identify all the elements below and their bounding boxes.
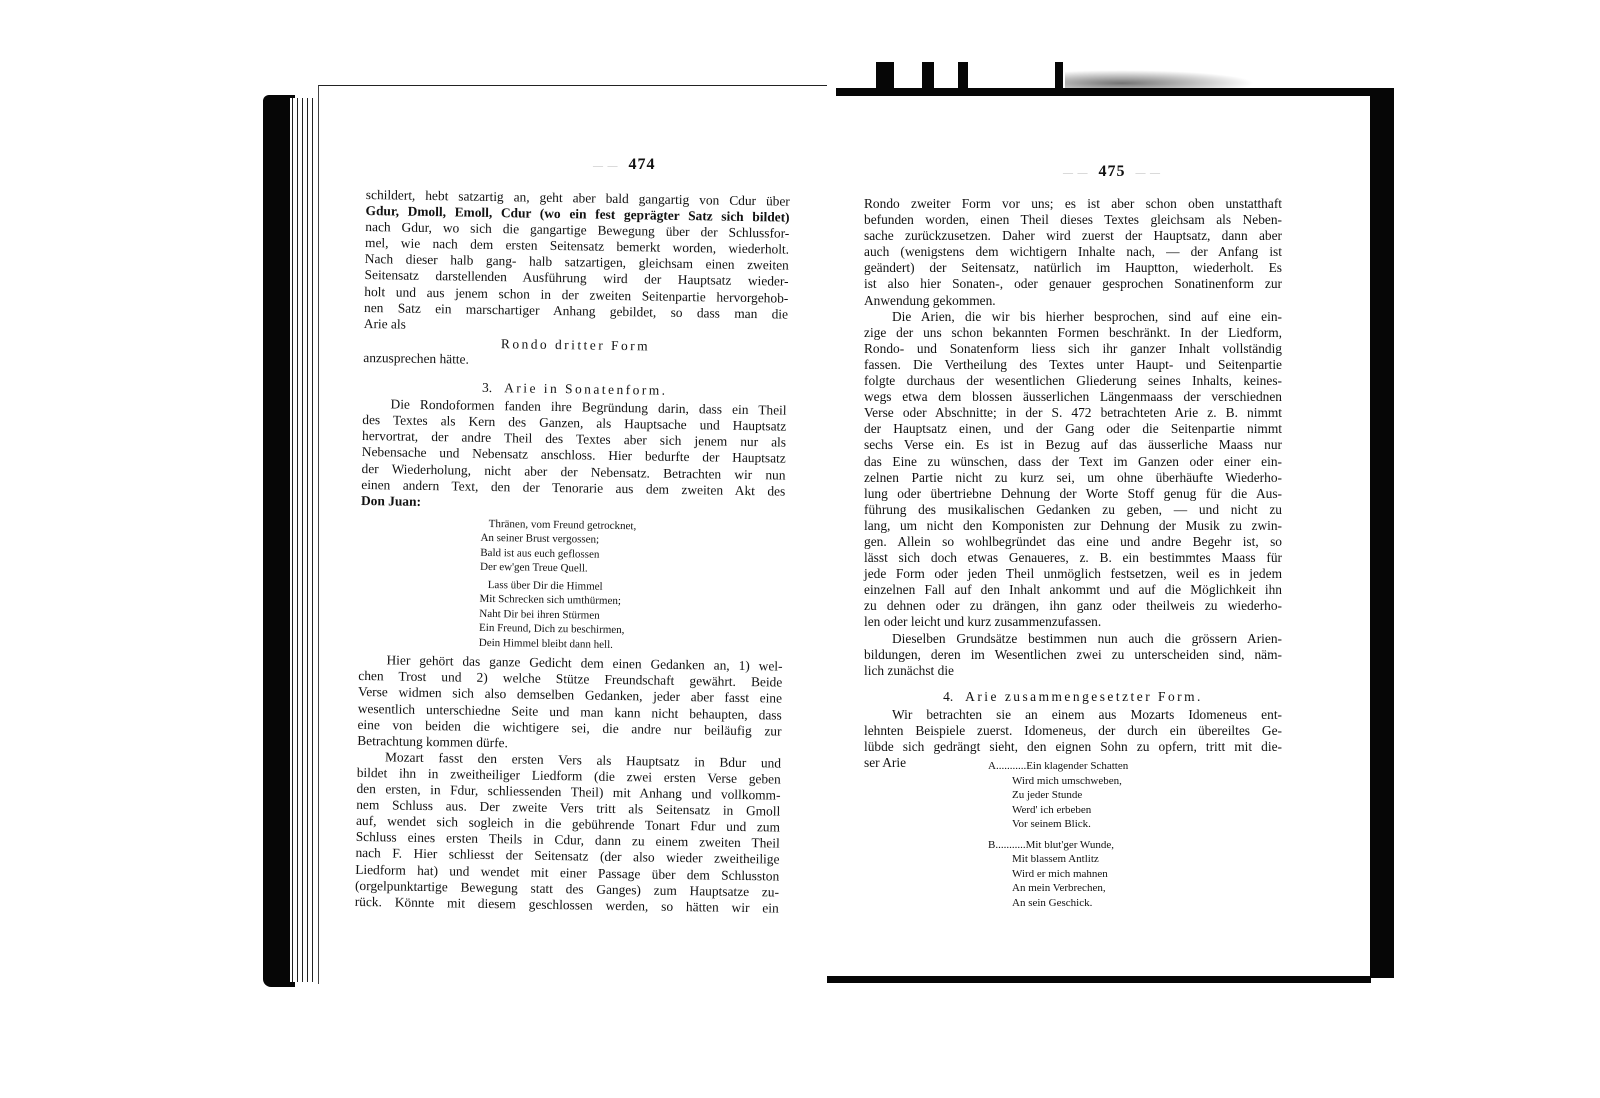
text-line: der Hauptsatz einen, und der Gang oder d… bbox=[864, 421, 1282, 437]
text-line: lehnten Beispiele zuerst. Idomeneus, der… bbox=[864, 723, 1282, 739]
verse-line: Mit blassem Antlitz bbox=[988, 852, 1282, 867]
text-line: Die Arien, die wir bis hierher besproche… bbox=[864, 309, 1282, 325]
verse-quote-a: A...........Ein klagender Schatten Wird … bbox=[988, 759, 1282, 832]
verse-line: Vor seinem Blick. bbox=[988, 817, 1282, 832]
bookmark-tab bbox=[958, 62, 968, 92]
paragraph: Die Arien, die wir bis hierher besproche… bbox=[864, 309, 1282, 631]
verse-line: An mein Verbrechen, bbox=[988, 881, 1282, 896]
section-heading: 4.Arie zusammengesetzter Form. bbox=[864, 689, 1282, 705]
text-line: wegs etwa dem blossen äusserlichen Länge… bbox=[864, 389, 1282, 405]
verse-line: Werd' ich erbeben bbox=[988, 803, 1282, 818]
text-line: lang, um nicht den Komponisten zur Dehnu… bbox=[864, 518, 1282, 534]
paragraph: Hier gehört das ganze Gedicht dem einen … bbox=[357, 652, 782, 755]
scan-smudge bbox=[1065, 70, 1255, 92]
paragraph: Dieselben Grundsätze bestimmen nun auch … bbox=[864, 631, 1282, 679]
verse-line: Wird er mich mahnen bbox=[988, 867, 1282, 882]
text-line: Rondo zweiter Form vor uns; es ist aber … bbox=[864, 196, 1282, 212]
text-line: zelnen Partie nicht zu kurz sei, um ohne… bbox=[864, 470, 1282, 486]
verse-quote-b: B...........Mit blut'ger Wunde, Mit blas… bbox=[988, 838, 1282, 911]
text-line: lässt sich doch etwas Genaueres, z. B. e… bbox=[864, 550, 1282, 566]
text-line: geändert) der Seitensatz, natürlich im H… bbox=[864, 260, 1282, 276]
paragraph: Mozart fasst den ersten Vers als Hauptsa… bbox=[355, 749, 781, 917]
text-line: Wir betrachten sie an einem aus Mozarts … bbox=[864, 707, 1282, 723]
bookmark-tab bbox=[922, 62, 934, 92]
verse-line: Zu jeder Stunde bbox=[988, 788, 1282, 803]
text-line: bildungen, deren im Wesentlichen zwei zu… bbox=[864, 647, 1282, 663]
right-page-text: Rondo zweiter Form vor uns; es ist aber … bbox=[864, 196, 1282, 914]
bookmark-tab bbox=[1055, 62, 1063, 92]
book-cover-right-edge bbox=[1368, 88, 1394, 978]
verse-line: An sein Geschick. bbox=[988, 896, 1282, 911]
text-line: auch (wenigstens dem wichtigern Inhalte … bbox=[864, 244, 1282, 260]
text-line: einzelnen Fall auf den Inhalt ankommt un… bbox=[864, 582, 1282, 598]
paragraph: Die Rondoformen fanden ihre Begründung d… bbox=[361, 396, 787, 515]
text-line: führung des musikalischen Gedanken zu ge… bbox=[864, 502, 1282, 518]
text-line: zu dehnen oder zu drängen, ihn ganz oder… bbox=[864, 598, 1282, 614]
text-line: das Eine zu wünschen, dass der Text im G… bbox=[864, 454, 1282, 470]
text-line: gen. Allein so wohlbegründet das eine un… bbox=[864, 534, 1282, 550]
text-line: lung oder übertriebne Dehnung der Worte … bbox=[864, 486, 1282, 502]
verse-line: B...........Mit blut'ger Wunde, bbox=[988, 838, 1282, 853]
text-line: Anwendung gekommen. bbox=[864, 293, 1282, 309]
text-line: befunden worden, einen Theil dieses Text… bbox=[864, 212, 1282, 228]
book-cover-bottom-edge bbox=[826, 976, 1371, 983]
right-page-number: — —475— — bbox=[1053, 163, 1171, 181]
left-page-text: schildert, hebt satzartig an, geht aber … bbox=[355, 187, 790, 916]
bookmark-tab bbox=[876, 62, 894, 92]
left-page-number: — —474 bbox=[583, 156, 656, 174]
text-line: lich zunächst die bbox=[864, 663, 1282, 679]
text-line: ist also hier Sonaten-, oder genauer ges… bbox=[864, 276, 1282, 292]
text-line: Dieselben Grundsätze bestimmen nun auch … bbox=[864, 631, 1282, 647]
text-line: sechs Verse ein. Es ist in Bezug auf das… bbox=[864, 437, 1282, 453]
paragraph: Rondo zweiter Form vor uns; es ist aber … bbox=[864, 196, 1282, 309]
page-block-edges bbox=[290, 98, 316, 982]
text-line: Rondo- und Sonatenform liess sich ihr ga… bbox=[864, 341, 1282, 357]
paragraph: schildert, hebt satzartig an, geht aber … bbox=[364, 187, 790, 338]
text-line: sache zurückzusetzen. Daher wird zuerst … bbox=[864, 228, 1282, 244]
verse-line: A...........Ein klagender Schatten bbox=[988, 759, 1282, 774]
text-line: zige der uns schon bekannten Formen besc… bbox=[864, 325, 1282, 341]
text-line: len oder leicht und kurz zusammenzufasse… bbox=[864, 614, 1282, 630]
text-line: fassen. Die Vertheilung des Textes unter… bbox=[864, 357, 1282, 373]
verse-quote: Thränen, vom Freund getrocknet, An seine… bbox=[479, 517, 785, 655]
text-line: lübde sich gedrängt sieht, den eignen So… bbox=[864, 739, 1282, 755]
text-line: folgte durchaus der wesentlichen Glieder… bbox=[864, 373, 1282, 389]
text-line: Verse oder Abschnitte; in der S. 472 bet… bbox=[864, 405, 1282, 421]
text-line: jede Form oder jeden Theil unmöglich fes… bbox=[864, 566, 1282, 582]
verse-line: Wird mich umschweben, bbox=[988, 774, 1282, 789]
